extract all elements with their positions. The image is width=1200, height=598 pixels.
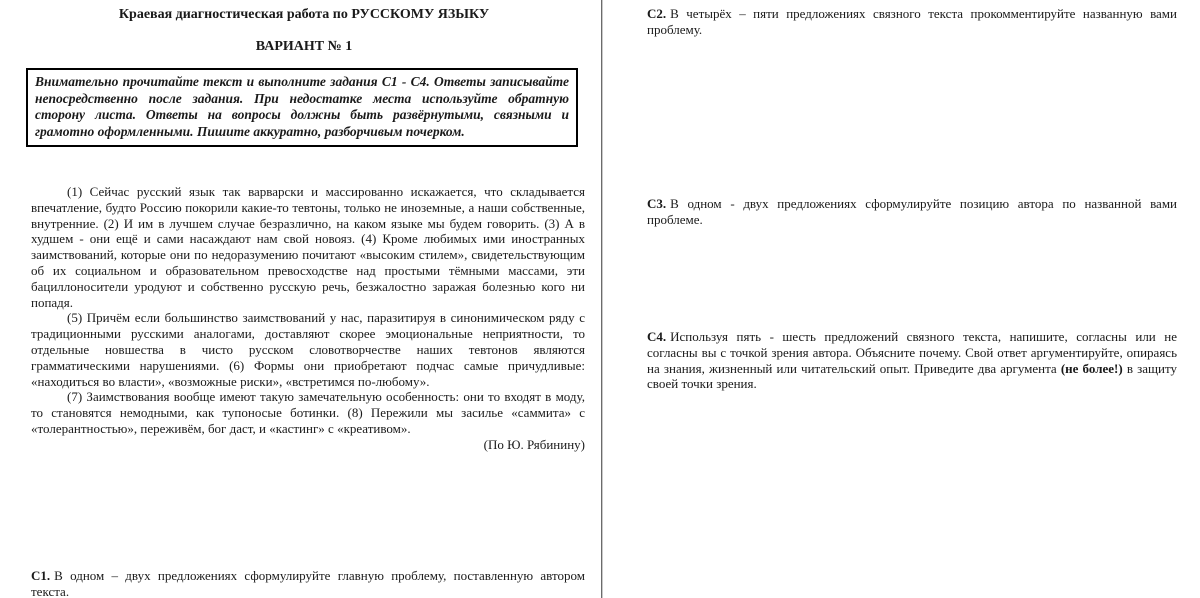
task-c3-text: В одном - двух предложениях сформулируйт…	[647, 196, 1177, 227]
passage: (1) Сейчас русский язык так варварски и …	[31, 184, 585, 453]
task-c1-text: В одном – двух предложениях сформулируйт…	[31, 568, 585, 598]
instruction-box: Внимательно прочитайте текст и выполните…	[26, 68, 578, 147]
page-divider	[601, 0, 603, 598]
document-title: Краевая диагностическая работа по РУССКО…	[30, 6, 578, 23]
task-c1-label: С1.	[31, 568, 50, 583]
task-c4: С4.Используя пять - шесть предложений св…	[647, 329, 1177, 392]
document-sheet: Краевая диагностическая работа по РУССКО…	[0, 0, 1200, 598]
task-c1: С1.В одном – двух предложениях сформулир…	[31, 568, 585, 598]
author-attribution: (По Ю. Рябинину)	[31, 437, 585, 453]
task-c4-bold-note: (не более!)	[1061, 361, 1123, 376]
variant-heading: ВАРИАНТ № 1	[30, 38, 578, 55]
task-c2-label: С2.	[647, 6, 666, 21]
task-c2: С2.В четырёх – пяти предложениях связног…	[647, 6, 1177, 38]
page-right: С2.В четырёх – пяти предложениях связног…	[604, 0, 1200, 598]
task-c4-label: С4.	[647, 329, 666, 344]
task-c3: С3.В одном - двух предложениях сформулир…	[647, 196, 1177, 228]
passage-paragraph-3: (7) Заимствования вообще имеют такую зам…	[31, 389, 585, 436]
passage-paragraph-2: (5) Причём если большинство заимствовани…	[31, 310, 585, 389]
task-c3-label: С3.	[647, 196, 666, 211]
page-left: Краевая диагностическая работа по РУССКО…	[0, 0, 601, 598]
passage-paragraph-1: (1) Сейчас русский язык так варварски и …	[31, 184, 585, 310]
task-c2-text: В четырёх – пяти предложениях связного т…	[647, 6, 1177, 37]
